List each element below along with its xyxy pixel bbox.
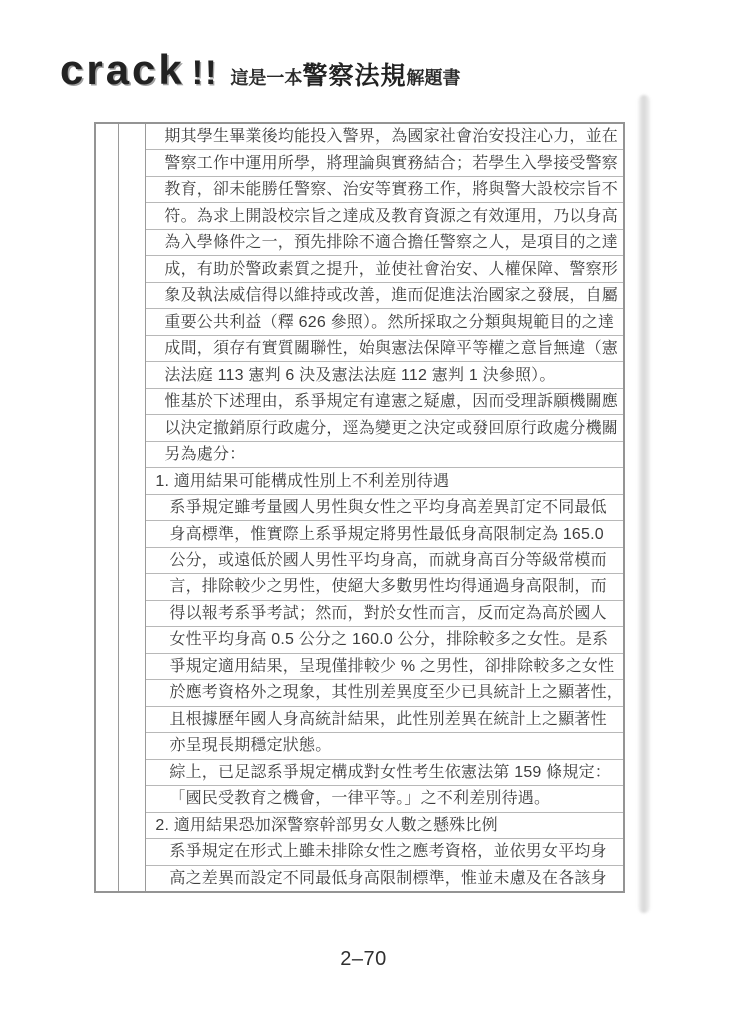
text-line: 爭規定適用結果，呈現僅排較少 % 之男性，卻排除較多之女性 xyxy=(146,654,623,680)
text-line: 成間，須存有實質關聯性，始與憲法保障平等權之意旨無違（憲 xyxy=(146,336,623,362)
margin-column-outer xyxy=(96,124,119,891)
text-line: 系爭規定雖考量國人男性與女性之平均身高差異訂定不同最低 xyxy=(146,495,623,521)
text-line: 另為處分： xyxy=(146,442,623,468)
text-line: 以決定撤銷原行政處分，逕為變更之決定或發回原行政處分機關 xyxy=(146,415,623,441)
text-line: 於應考資格外之現象，其性別差異度至少已具統計上之顯著性， xyxy=(146,680,623,706)
text-line: 成，有助於警政素質之提升，並使社會治安、人權保障、警察形 xyxy=(146,256,623,282)
text-line: 女性平均身高 0.5 公分之 160.0 公分，排除較多之女性。是系 xyxy=(146,627,623,653)
answer-text-column: 期其學生畢業後均能投入警界，為國家社會治安投注心力，並在警察工作中運用所學，將理… xyxy=(146,124,623,891)
page-footer: 2–70 xyxy=(0,948,727,971)
text-line: 高之差異而設定不同最低身高限制標準，惟並未慮及在各該身 xyxy=(146,866,623,891)
text-line: 綜上，已足認系爭規定構成對女性考生依憲法第 159 條規定： xyxy=(146,760,623,786)
text-line: 言，排除較少之男性，使絕大多數男性均得通過身高限制，而 xyxy=(146,574,623,600)
margin-column-inner xyxy=(119,124,146,891)
book-subtitle-prefix: 這是一本 xyxy=(230,64,302,90)
text-line: 系爭規定在形式上雖未排除女性之應考資格，並依男女平均身 xyxy=(146,839,623,865)
book-subtitle-suffix: 解題書 xyxy=(406,64,460,90)
text-line: 教育，卻未能勝任警察、治安等實務工作，將與警大設校宗旨不 xyxy=(146,177,623,203)
answer-table: 期其學生畢業後均能投入警界，為國家社會治安投注心力，並在警察工作中運用所學，將理… xyxy=(94,122,625,893)
text-line: 符。為求上開設校宗旨之達成及教育資源之有效運用，乃以身高 xyxy=(146,203,623,229)
text-line: 期其學生畢業後均能投入警界，為國家社會治安投注心力，並在 xyxy=(146,124,623,150)
text-line: 2. 適用結果恐加深警察幹部男女人數之懸殊比例 xyxy=(146,813,623,839)
text-line: 公分，或遠低於國人男性平均身高，而就身高百分等級常模而 xyxy=(146,548,623,574)
text-line: 得以報考系爭考試；然而，對於女性而言，反而定為高於國人 xyxy=(146,601,623,627)
brand-logo-exclamation: !! xyxy=(192,54,219,93)
text-line: 1. 適用結果可能構成性別上不利差別待遇 xyxy=(146,468,623,494)
text-line: 亦呈現長期穩定狀態。 xyxy=(146,733,623,759)
text-line: 「國民受教育之機會，一律平等。」之不利差別待遇。 xyxy=(146,786,623,812)
book-page: crack !! 這是一本 警察法規 解題書 期其學生畢業後均能投入警界，為國家… xyxy=(0,0,750,1017)
text-line: 法法庭 113 憲判 6 決及憲法法庭 112 憲判 1 決參照）。 xyxy=(146,362,623,388)
text-line: 身高標準，惟實際上系爭規定將男性最低身高限制定為 165.0 xyxy=(146,521,623,547)
text-line: 惟基於下述理由，系爭規定有違憲之疑慮，因而受理訴願機關應 xyxy=(146,389,623,415)
page-number: 2–70 xyxy=(340,948,387,970)
brand-logo: crack xyxy=(60,46,185,94)
text-line: 象及執法威信得以維持或改善，進而促進法治國家之發展，自屬 xyxy=(146,283,623,309)
text-line: 且根據歷年國人身高統計結果，此性別差異在統計上之顯著性 xyxy=(146,707,623,733)
text-line: 為入學條件之一，預先排除不適合擔任警察之人，是項目的之達 xyxy=(146,230,623,256)
text-line: 重要公共利益（釋 626 參照）。然所採取之分類與規範目的之達 xyxy=(146,309,623,335)
page-edge-shadow xyxy=(638,95,650,913)
text-line: 警察工作中運用所學，將理論與實務結合；若學生入學接受警察 xyxy=(146,150,623,176)
book-title: 警察法規 xyxy=(302,56,406,92)
book-header: crack !! 這是一本 警察法規 解題書 xyxy=(60,46,460,94)
